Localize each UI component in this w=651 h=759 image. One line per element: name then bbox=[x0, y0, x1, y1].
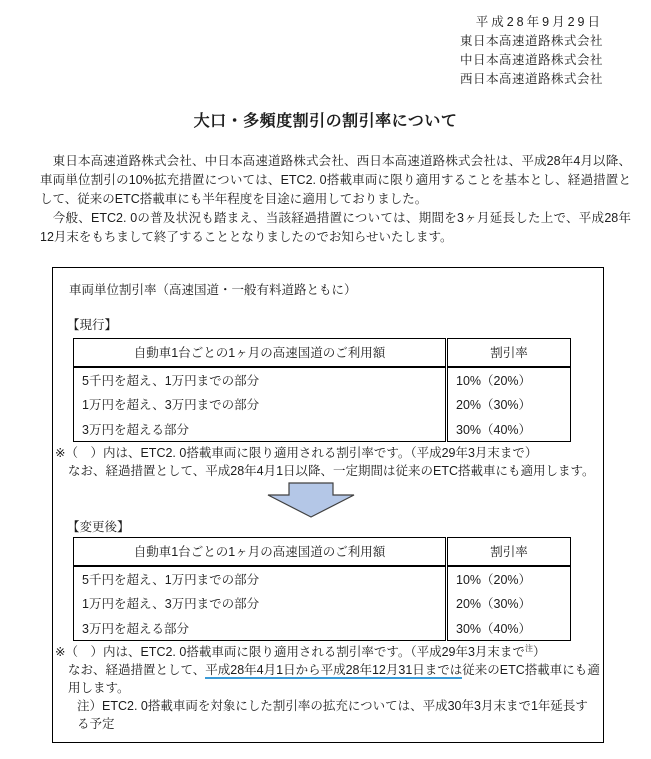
rate-cell: 30%（40%） bbox=[447, 616, 571, 641]
table-row: 1万円を超え、3万円までの部分 20%（30%） bbox=[74, 591, 571, 616]
table-row: 5千円を超え、1万円までの部分 10%（20%） bbox=[74, 367, 571, 392]
document-date: 平成28年9月29日 bbox=[460, 13, 603, 32]
note-superscript: 注 bbox=[525, 644, 533, 653]
usage-column-header: 自動車1台ごとの1ヶ月の高速国道のご利用額 bbox=[74, 538, 447, 566]
usage-column-header: 自動車1台ごとの1ヶ月の高速国道のご利用額 bbox=[74, 339, 447, 367]
page-title: 大口・多頻度割引の割引率について bbox=[0, 108, 651, 131]
body-paragraph-1: 東日本高速道路株式会社、中日本高速道路株式会社、西日本高速道路株式会社は、平成2… bbox=[40, 152, 631, 209]
usage-cell: 1万円を超え、3万円までの部分 bbox=[74, 591, 447, 616]
rate-cell: 30%（40%） bbox=[447, 417, 571, 442]
company-name-west: 西日本高速道路株式会社 bbox=[460, 70, 603, 89]
company-name-east: 東日本高速道路株式会社 bbox=[460, 32, 603, 51]
rate-cell: 10%（20%） bbox=[447, 566, 571, 591]
table-row: 1万円を超え、3万円までの部分 20%（30%） bbox=[74, 392, 571, 417]
current-rate-table: 自動車1台ごとの1ヶ月の高速国道のご利用額 割引率 5千円を超え、1万円までの部… bbox=[73, 338, 571, 442]
current-note-1: ※（ ）内は、ETC2. 0搭載車両に限り適用される割引率です。（平成29年3月… bbox=[55, 444, 600, 462]
changed-note-3: 注）ETC2. 0搭載車両を対象にした割引率の拡充については、平成30年3月末ま… bbox=[77, 697, 600, 733]
changed-note-1-close: ） bbox=[533, 645, 546, 659]
section-label-current: 【現行】 bbox=[67, 316, 603, 335]
down-arrow-icon bbox=[267, 482, 355, 518]
table-row: 3万円を超える部分 30%（40%） bbox=[74, 417, 571, 442]
usage-cell: 3万円を超える部分 bbox=[74, 417, 447, 442]
usage-cell: 1万円を超え、3万円までの部分 bbox=[74, 392, 447, 417]
changed-note-1-text: ※（ ）内は、ETC2. 0搭載車両に限り適用される割引率です。（平成29年3月… bbox=[55, 645, 525, 659]
header-date-block: 平成28年9月29日 東日本高速道路株式会社 中日本高速道路株式会社 西日本高速… bbox=[460, 13, 603, 89]
table-row: 5千円を超え、1万円までの部分 10%（20%） bbox=[74, 566, 571, 591]
company-name-central: 中日本高速道路株式会社 bbox=[460, 51, 603, 70]
usage-cell: 3万円を超える部分 bbox=[74, 616, 447, 641]
current-notes: ※（ ）内は、ETC2. 0搭載車両に限り適用される割引率です。（平成29年3月… bbox=[55, 444, 600, 480]
document-page: { "header": { "date": "平成28年9月29日", "com… bbox=[0, 0, 651, 759]
changed-note-2: なお、経過措置として、平成28年4月1日から平成28年12月31日までは従来のE… bbox=[68, 661, 600, 697]
current-note-2: なお、経過措置として、平成28年4月1日以降、一定期間は従来のETC搭載車にも適… bbox=[68, 462, 600, 480]
table-header-row: 自動車1台ごとの1ヶ月の高速国道のご利用額 割引率 bbox=[74, 339, 571, 367]
changed-notes: ※（ ）内は、ETC2. 0搭載車両に限り適用される割引率です。（平成29年3月… bbox=[55, 643, 600, 733]
body-paragraph-2: 今般、ETC2. 0の普及状況も踏まえ、当該経過措置については、期間を3ヶ月延長… bbox=[40, 209, 631, 247]
rate-column-header: 割引率 bbox=[447, 538, 571, 566]
rate-cell: 20%（30%） bbox=[447, 591, 571, 616]
rate-cell: 20%（30%） bbox=[447, 392, 571, 417]
changed-note-2-prefix: なお、経過措置として、 bbox=[68, 663, 205, 677]
table-header-row: 自動車1台ごとの1ヶ月の高速国道のご利用額 割引率 bbox=[74, 538, 571, 566]
changed-note-2-underlined-period: 平成28年4月1日から平成28年12月31日までは bbox=[205, 663, 462, 679]
table-row: 3万円を超える部分 30%（40%） bbox=[74, 616, 571, 641]
box-title: 車両単位割引率（高速国道・一般有料道路ともに） bbox=[69, 281, 603, 300]
body-text: 東日本高速道路株式会社、中日本高速道路株式会社、西日本高速道路株式会社は、平成2… bbox=[40, 152, 631, 247]
discount-rate-box: 車両単位割引率（高速国道・一般有料道路ともに） 【現行】 自動車1台ごとの1ヶ月… bbox=[52, 267, 604, 743]
section-label-changed: 【変更後】 bbox=[67, 518, 603, 537]
rate-cell: 10%（20%） bbox=[447, 367, 571, 392]
usage-cell: 5千円を超え、1万円までの部分 bbox=[74, 367, 447, 392]
rate-column-header: 割引率 bbox=[447, 339, 571, 367]
changed-rate-table: 自動車1台ごとの1ヶ月の高速国道のご利用額 割引率 5千円を超え、1万円までの部… bbox=[73, 537, 571, 641]
usage-cell: 5千円を超え、1万円までの部分 bbox=[74, 566, 447, 591]
changed-note-1: ※（ ）内は、ETC2. 0搭載車両に限り適用される割引率です。（平成29年3月… bbox=[55, 643, 600, 661]
